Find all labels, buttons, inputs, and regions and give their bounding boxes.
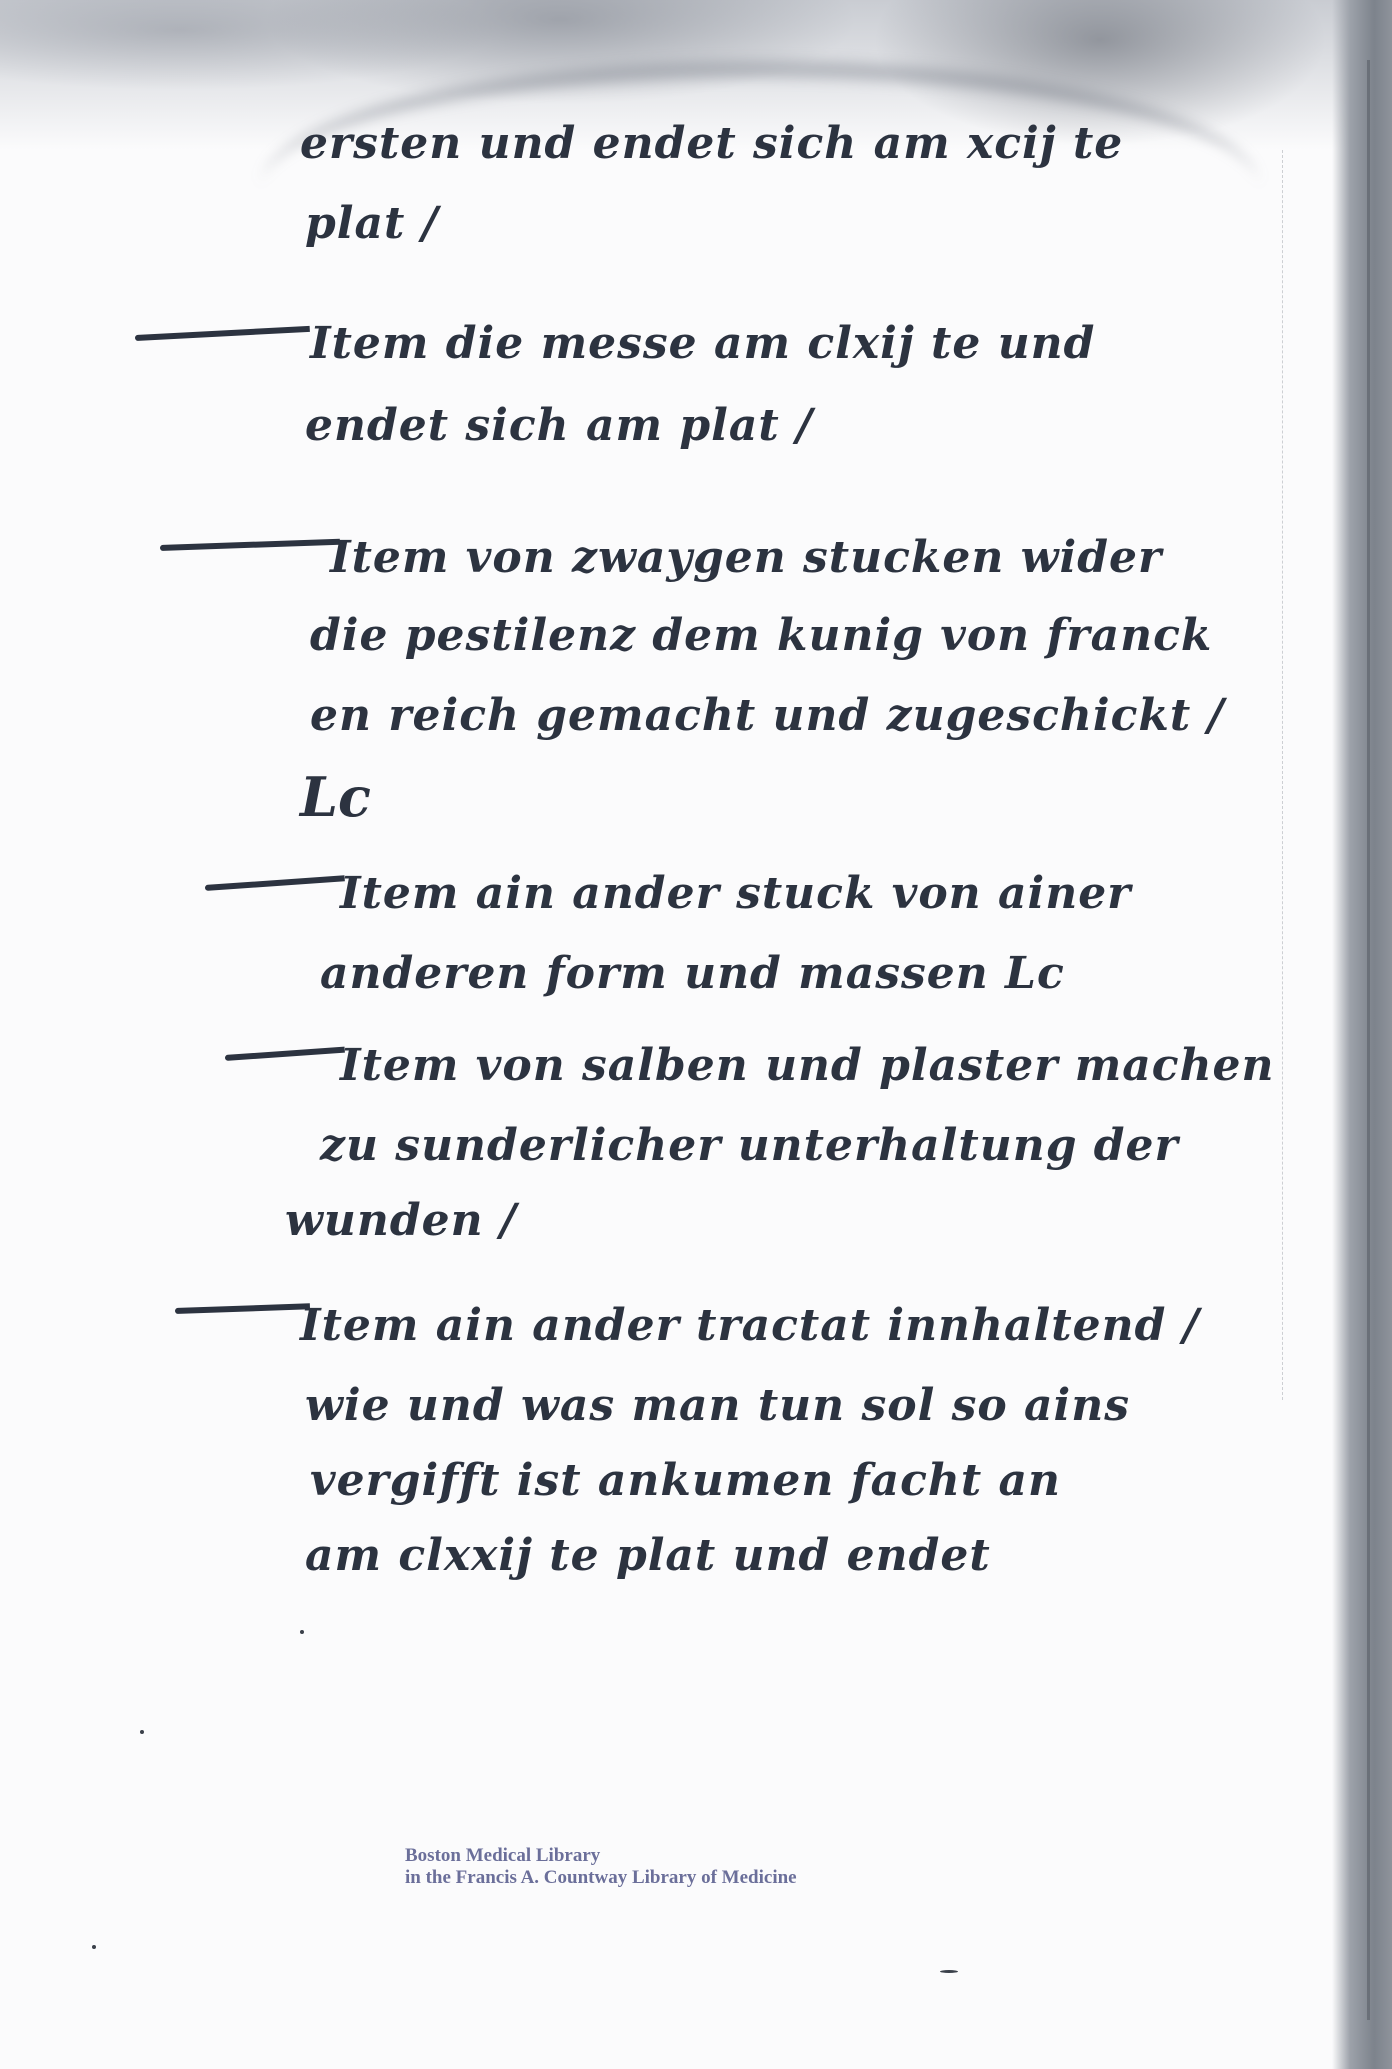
scan-speck	[140, 1730, 144, 1734]
entry-2-line-0: Item von zwaygen stucken wider	[330, 532, 1162, 583]
gutter-edge-line	[1367, 60, 1370, 2020]
entry-2-line-1: die pestilenz dem kunig von franck	[310, 610, 1212, 661]
entry-1-line-0: Item die messe am clxij te und	[310, 318, 1095, 369]
paragraph-flourish	[160, 539, 340, 551]
entry-2-line-2: en reich gemacht und zugeschickt /	[310, 690, 1225, 741]
entry-5-line-3: am clxxij te plat und endet	[305, 1530, 991, 1581]
paragraph-flourish	[175, 1303, 310, 1314]
scan-speck	[300, 1630, 304, 1634]
entry-0-line-1: plat /	[305, 198, 439, 249]
stamp-line-1: Boston Medical Library	[405, 1845, 797, 1867]
entry-4-line-0: Item von salben und plaster machen	[340, 1040, 1275, 1091]
scan-speck	[92, 1945, 96, 1949]
entry-1-line-1: endet sich am plat /	[305, 400, 813, 451]
library-stamp: Boston Medical Library in the Francis A.…	[405, 1845, 797, 1889]
stamp-line-2: in the Francis A. Countway Library of Me…	[405, 1867, 797, 1889]
entry-5-line-2: vergifft ist ankumen facht an	[310, 1455, 1061, 1506]
entry-5-line-1: wie und was man tun sol so ains	[305, 1380, 1130, 1431]
scan-speck	[940, 1970, 958, 1973]
entry-2-line-3: Lc	[300, 765, 371, 829]
entry-5-line-0: Item ain ander tractat innhaltend /	[300, 1300, 1200, 1351]
paragraph-flourish	[225, 1047, 345, 1061]
paragraph-flourish	[135, 326, 310, 341]
entry-3-line-1: anderen form und massen Lc	[320, 948, 1065, 999]
paragraph-flourish	[205, 875, 345, 891]
entry-4-line-2: wunden /	[285, 1195, 517, 1246]
margin-rule	[1282, 150, 1284, 1400]
entry-0-line-0: ersten und endet sich am xcij te	[300, 118, 1123, 169]
entry-3-line-0: Item ain ander stuck von ainer	[340, 868, 1131, 919]
binding-gutter	[1332, 0, 1392, 2069]
manuscript-page: ersten und endet sich am xcij te plat / …	[0, 0, 1392, 2069]
entry-4-line-1: zu sunderlicher unterhaltung der	[320, 1120, 1179, 1171]
